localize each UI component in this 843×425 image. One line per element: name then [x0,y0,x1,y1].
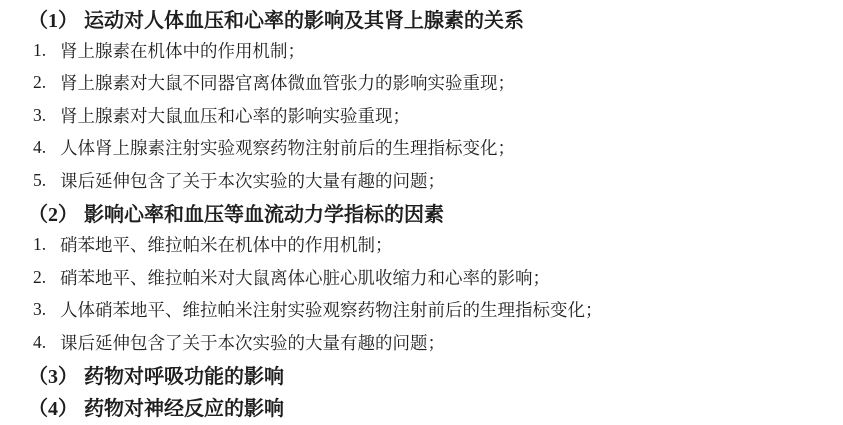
item-number: 4. [33,332,60,353]
section-1-title: 运动对人体血压和心率的影响及其肾上腺素的关系 [84,4,524,33]
section-2-item-4: 4. 课后延伸包含了关于本次实验的大量有趣的问题； [0,326,843,358]
section-1-heading: （1） 运动对人体血压和心率的影响及其肾上腺素的关系 [0,2,843,34]
item-text: 肾上腺素对大鼠不同器官离体微血管张力的影响实验重现； [60,70,515,95]
item-text: 人体硝苯地平、维拉帕米注射实验观察药物注射前后的生理指标变化； [60,297,603,322]
item-text: 课后延伸包含了关于本次实验的大量有趣的问题； [60,168,445,193]
section-3-heading: （3） 药物对呼吸功能的影响 [0,358,843,390]
section-4-title: 药物对神经反应的影响 [84,392,284,421]
item-text: 肾上腺素对大鼠血压和心率的影响实验重现； [60,103,410,128]
section-1-item-2: 2. 肾上腺素对大鼠不同器官离体微血管张力的影响实验重现； [0,67,843,99]
section-1-marker: （1） [28,4,78,33]
document-outline: （1） 运动对人体血压和心率的影响及其肾上腺素的关系 1. 肾上腺素在机体中的作… [0,0,843,423]
item-number: 3. [33,105,60,126]
section-1-item-5: 5. 课后延伸包含了关于本次实验的大量有趣的问题； [0,164,843,196]
item-number: 2. [33,267,60,288]
section-1-item-3: 3. 肾上腺素对大鼠血压和心率的影响实验重现； [0,99,843,131]
item-text: 硝苯地平、维拉帕米对大鼠离体心脏心肌收缩力和心率的影响； [60,265,550,290]
section-2-marker: （2） [28,198,78,227]
item-number: 5. [33,170,60,191]
section-2-item-2: 2. 硝苯地平、维拉帕米对大鼠离体心脏心肌收缩力和心率的影响； [0,261,843,293]
section-2-title: 影响心率和血压等血流动力学指标的因素 [84,198,444,227]
item-text: 人体肾上腺素注射实验观察药物注射前后的生理指标变化； [60,135,515,160]
section-1-item-1: 1. 肾上腺素在机体中的作用机制； [0,34,843,66]
item-number: 1. [33,40,60,61]
item-number: 4. [33,137,60,158]
item-number: 2. [33,72,60,93]
item-number: 3. [33,299,60,320]
section-3-marker: （3） [28,360,78,389]
section-2-item-1: 1. 硝苯地平、维拉帕米在机体中的作用机制； [0,229,843,261]
item-text: 肾上腺素在机体中的作用机制； [60,38,305,63]
section-2-item-3: 3. 人体硝苯地平、维拉帕米注射实验观察药物注射前后的生理指标变化； [0,294,843,326]
item-number: 1. [33,234,60,255]
section-3-title: 药物对呼吸功能的影响 [84,360,284,389]
section-1-item-4: 4. 人体肾上腺素注射实验观察药物注射前后的生理指标变化； [0,132,843,164]
item-text: 课后延伸包含了关于本次实验的大量有趣的问题； [60,330,445,355]
item-text: 硝苯地平、维拉帕米在机体中的作用机制； [60,232,393,257]
section-2-heading: （2） 影响心率和血压等血流动力学指标的因素 [0,196,843,228]
section-4-heading: （4） 药物对神经反应的影响 [0,391,843,423]
section-4-marker: （4） [28,392,78,421]
